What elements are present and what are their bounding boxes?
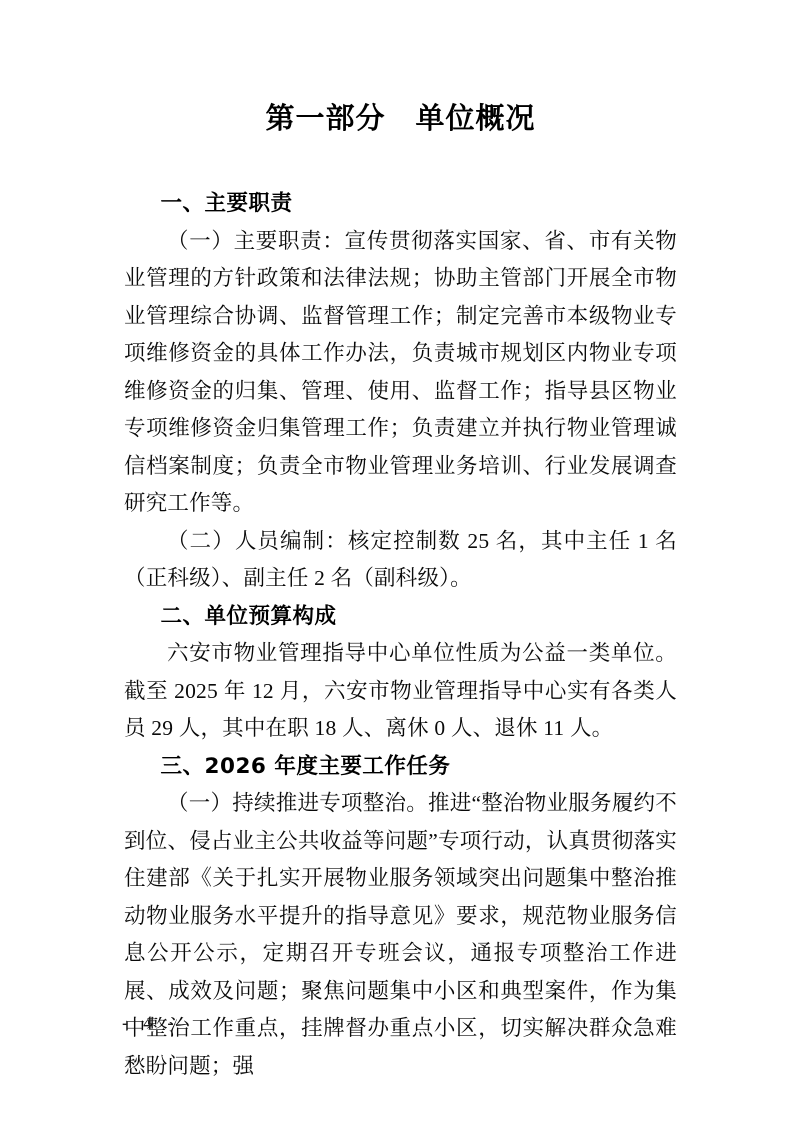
page-content: 第一部分 单位概况 一、主要职责 （一）主要职责：宣传贯彻落实国家、省、市有关物… <box>0 0 793 1085</box>
section-budget-composition: 二、单位预算构成 六安市物业管理指导中心单位性质为公益一类单位。截至 2025 … <box>124 598 677 748</box>
section-heading-budget-composition: 二、单位预算构成 <box>124 598 677 636</box>
paragraph-staffing: （二）人员编制：核定控制数 25 名，其中主任 1 名（正科级）、副主任 2 名… <box>124 523 677 598</box>
paragraph-special-rectification: （一）持续推进专项整治。推进“整治物业服务履约不到位、侵占业主公共收益等问题”专… <box>124 785 677 1085</box>
page-number: - 4 - <box>122 1013 179 1035</box>
page-title: 第一部分 单位概况 <box>124 0 677 135</box>
section-main-duties: 一、主要职责 （一）主要职责：宣传贯彻落实国家、省、市有关物业管理的方针政策和法… <box>124 185 677 598</box>
section-2026-tasks: 三、2026 年度主要工作任务 （一）持续推进专项整治。推进“整治物业服务履约不… <box>124 748 677 1086</box>
paragraph-duties: （一）主要职责：宣传贯彻落实国家、省、市有关物业管理的方针政策和法律法规；协助主… <box>124 223 677 523</box>
document-page: 第一部分 单位概况 一、主要职责 （一）主要职责：宣传贯彻落实国家、省、市有关物… <box>0 0 793 1122</box>
section-heading-main-duties: 一、主要职责 <box>124 185 677 223</box>
paragraph-budget-composition: 六安市物业管理指导中心单位性质为公益一类单位。截至 2025 年 12 月，六安… <box>124 635 677 748</box>
title-spacer <box>124 135 677 185</box>
section-heading-2026-tasks: 三、2026 年度主要工作任务 <box>124 748 677 786</box>
